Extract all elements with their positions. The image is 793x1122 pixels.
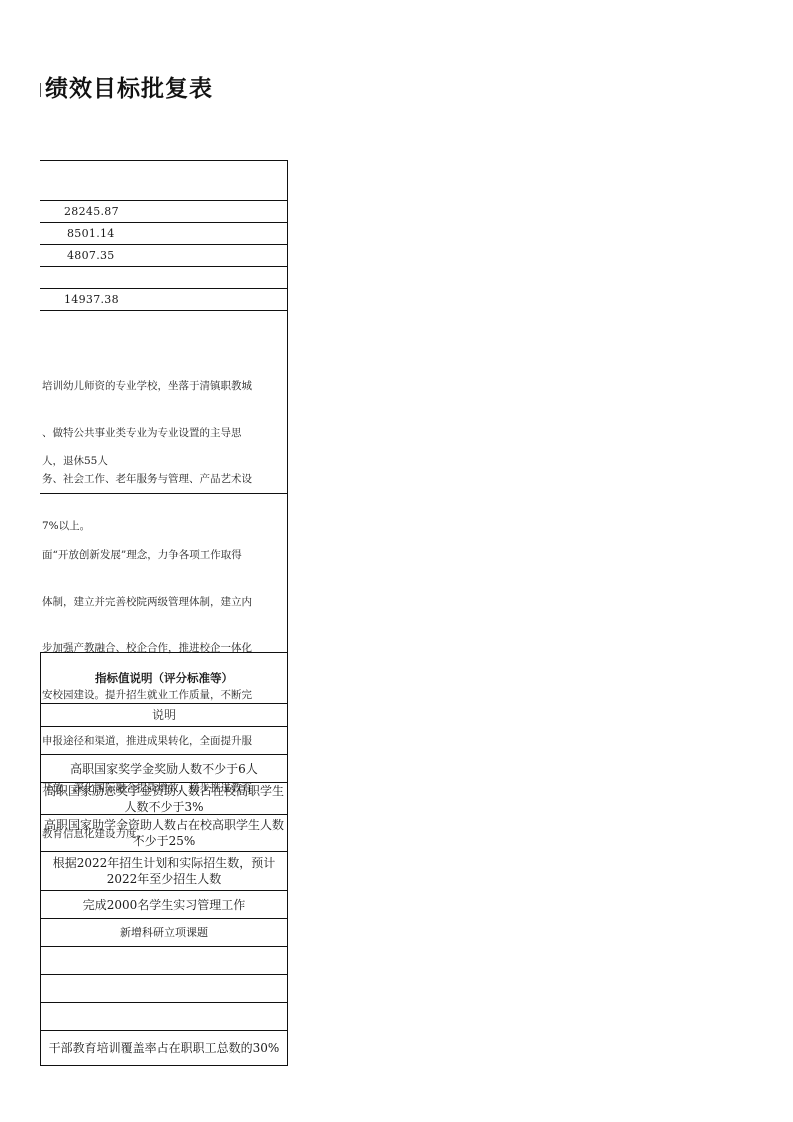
indicator-row: 完成2000名学生实习管理工作 <box>40 891 288 918</box>
funds-total-value: 28245.87 <box>40 202 288 222</box>
indicator-row: 高职国家励志奖学金资助人数占在校高职学生人数不少于3% <box>40 783 288 814</box>
indicator-row <box>40 727 288 754</box>
overview-line: 务、社会工作、老年服务与管理、产品艺术设 <box>42 472 288 488</box>
indicator-row: 根据2022年招生计划和实际招生数，预计2022年至少招生人数 <box>40 852 288 890</box>
indicator-row <box>40 975 288 1002</box>
indicator-row <box>40 947 288 974</box>
table-left-border <box>40 652 41 1066</box>
funds-value-2: 8501.14 <box>40 224 288 244</box>
indicator-subheader: 说明 <box>40 704 288 726</box>
funds-header-cell <box>40 161 288 201</box>
funds-value-3: 4807.35 <box>40 246 288 266</box>
table-right-border <box>287 160 288 652</box>
indicator-row: 高职国家助学金资助人数占在校高职学生人数不少于25% <box>40 815 288 851</box>
indicator-header: 指标值说明（评分标准等） <box>40 653 288 703</box>
funds-value-4 <box>40 268 288 288</box>
indicator-row: 高职国家奖学金奖励人数不少于6人 <box>40 755 288 782</box>
indicator-row: 干部教育培训覆盖率占在职职工总数的30% <box>40 1031 288 1065</box>
staff-info: 人，退休55人 <box>40 454 288 470</box>
divider <box>40 310 288 311</box>
indicator-row: 新增科研立项课题 <box>40 919 288 946</box>
divider <box>40 493 288 494</box>
overview-line: 、做特公共事业类专业为专业设置的主导思 <box>42 426 288 442</box>
title-text: 绩效目标批复表 <box>45 76 213 102</box>
overview-line: 培训幼儿师资的专业学校，坐落于清镇职教城 <box>42 379 288 395</box>
divider <box>40 266 288 267</box>
divider <box>40 244 288 245</box>
indicator-row <box>40 1003 288 1030</box>
divider <box>40 1065 288 1066</box>
truncated-text-mark <box>40 83 41 97</box>
divider <box>40 222 288 223</box>
funds-value-5: 14937.38 <box>40 290 288 310</box>
page-title: 绩效目标批复表 <box>40 70 213 103</box>
table-right-border <box>287 652 288 1066</box>
goals-line: 面“开放创新发展”理念，力争各项工作取得 <box>42 548 288 564</box>
divider <box>40 288 288 289</box>
divider <box>40 200 288 201</box>
goals-line: 体制，建立并完善校院两级管理体制，建立内 <box>42 595 288 611</box>
